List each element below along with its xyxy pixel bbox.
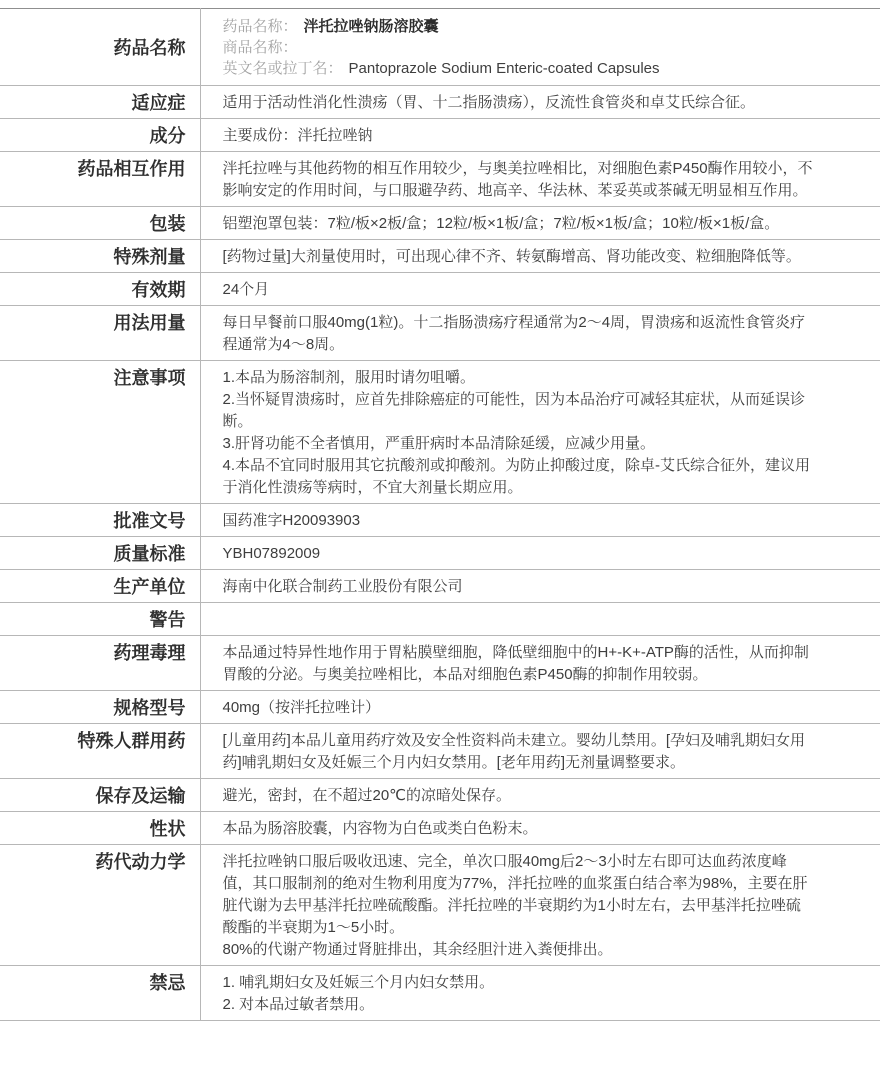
english-name-line: 英文名或拉丁名：Pantoprazole Sodium Enteric-coat… <box>223 58 815 79</box>
row-label: 成分 <box>0 119 200 152</box>
row-content: 铝塑泡罩包装：7粒/板×2板/盒；12粒/板×1板/盒；7粒/板×1板/盒；10… <box>200 207 880 240</box>
row-content: 1. 哺乳期妇女及妊娠三个月内妇女禁用。 2. 对本品过敏者禁用。 <box>200 966 880 1021</box>
row-label: 性状 <box>0 812 200 845</box>
row-content: 海南中化联合制药工业股份有限公司 <box>200 570 880 603</box>
drug-info-table: 药品名称 药品名称：泮托拉唑钠肠溶胶囊 商品名称： 英文名或拉丁名：Pantop… <box>0 8 880 1021</box>
row-label: 警告 <box>0 603 200 636</box>
trade-name-line: 商品名称： <box>223 37 815 58</box>
row-content <box>200 603 880 636</box>
row-content: [儿童用药]本品儿童用药疗效及安全性资料尚未建立。婴幼儿禁用。[孕妇及哺乳期妇女… <box>200 724 880 779</box>
row-label: 特殊人群用药 <box>0 724 200 779</box>
table-row: 警告 <box>0 603 880 636</box>
table-row: 药代动力学 泮托拉唑钠口服后吸收迅速、完全，单次口服40mg后2～3小时左右即可… <box>0 845 880 966</box>
row-label: 生产单位 <box>0 570 200 603</box>
row-content: 泮托拉唑钠口服后吸收迅速、完全，单次口服40mg后2～3小时左右即可达血药浓度峰… <box>200 845 880 966</box>
row-content: 每日早餐前口服40mg(1粒)。十二指肠溃疡疗程通常为2～4周，胃溃疡和返流性食… <box>200 306 880 361</box>
field-value: Pantoprazole Sodium Enteric-coated Capsu… <box>349 60 660 77</box>
table-row: 有效期 24个月 <box>0 273 880 306</box>
row-content: 本品通过特异性地作用于胃粘膜壁细胞，降低壁细胞中的H+-K+-ATP酶的活性，从… <box>200 636 880 691</box>
row-label: 禁忌 <box>0 966 200 1021</box>
row-label: 质量标准 <box>0 537 200 570</box>
table-row: 质量标准 YBH07892009 <box>0 537 880 570</box>
row-content: [药物过量]大剂量使用时，可出现心律不齐、转氨酶增高、肾功能改变、粒细胞降低等。 <box>200 240 880 273</box>
row-label: 药品名称 <box>0 9 200 86</box>
table-row: 保存及运输 避光，密封，在不超过20℃的凉暗处保存。 <box>0 779 880 812</box>
row-label: 规格型号 <box>0 691 200 724</box>
table-row: 禁忌 1. 哺乳期妇女及妊娠三个月内妇女禁用。 2. 对本品过敏者禁用。 <box>0 966 880 1021</box>
table-row: 适应症 适用于活动性消化性溃疡（胃、十二指肠溃疡），反流性食管炎和卓艾氏综合征。 <box>0 86 880 119</box>
row-content: 避光，密封，在不超过20℃的凉暗处保存。 <box>200 779 880 812</box>
table-row: 包装 铝塑泡罩包装：7粒/板×2板/盒；12粒/板×1板/盒；7粒/板×1板/盒… <box>0 207 880 240</box>
row-label: 注意事项 <box>0 361 200 504</box>
row-content: 主要成份：泮托拉唑钠 <box>200 119 880 152</box>
row-label: 特殊剂量 <box>0 240 200 273</box>
table-row: 注意事项 1.本品为肠溶制剂，服用时请勿咀嚼。 2.当怀疑胃溃疡时，应首先排除癌… <box>0 361 880 504</box>
table-row-drug-name: 药品名称 药品名称：泮托拉唑钠肠溶胶囊 商品名称： 英文名或拉丁名：Pantop… <box>0 9 880 86</box>
drug-info-sheet: 药品名称 药品名称：泮托拉唑钠肠溶胶囊 商品名称： 英文名或拉丁名：Pantop… <box>0 0 880 1021</box>
table-row: 特殊人群用药 [儿童用药]本品儿童用药疗效及安全性资料尚未建立。婴幼儿禁用。[孕… <box>0 724 880 779</box>
field-value: 泮托拉唑钠肠溶胶囊 <box>304 18 439 35</box>
row-content: 40mg（按泮托拉唑计） <box>200 691 880 724</box>
table-row: 成分 主要成份：泮托拉唑钠 <box>0 119 880 152</box>
row-content: 适用于活动性消化性溃疡（胃、十二指肠溃疡），反流性食管炎和卓艾氏综合征。 <box>200 86 880 119</box>
row-label: 适应症 <box>0 86 200 119</box>
table-row: 用法用量 每日早餐前口服40mg(1粒)。十二指肠溃疡疗程通常为2～4周，胃溃疡… <box>0 306 880 361</box>
table-row: 特殊剂量 [药物过量]大剂量使用时，可出现心律不齐、转氨酶增高、肾功能改变、粒细… <box>0 240 880 273</box>
table-row: 药品相互作用 泮托拉唑与其他药物的相互作用较少，与奥美拉唑相比，对细胞色素P45… <box>0 152 880 207</box>
field-prefix: 药品名称： <box>223 18 298 35</box>
table-row: 性状 本品为肠溶胶囊，内容物为白色或类白色粉末。 <box>0 812 880 845</box>
row-content: 国药准字H20093903 <box>200 504 880 537</box>
row-label: 包装 <box>0 207 200 240</box>
row-label: 药代动力学 <box>0 845 200 966</box>
row-label: 批准文号 <box>0 504 200 537</box>
row-content: 本品为肠溶胶囊，内容物为白色或类白色粉末。 <box>200 812 880 845</box>
row-content: 泮托拉唑与其他药物的相互作用较少，与奥美拉唑相比，对细胞色素P450酶作用较小，… <box>200 152 880 207</box>
row-label: 药理毒理 <box>0 636 200 691</box>
row-content: 药品名称：泮托拉唑钠肠溶胶囊 商品名称： 英文名或拉丁名：Pantoprazol… <box>200 9 880 86</box>
row-content: YBH07892009 <box>200 537 880 570</box>
table-row: 规格型号 40mg（按泮托拉唑计） <box>0 691 880 724</box>
row-label: 保存及运输 <box>0 779 200 812</box>
row-content: 1.本品为肠溶制剂，服用时请勿咀嚼。 2.当怀疑胃溃疡时，应首先排除癌症的可能性… <box>200 361 880 504</box>
field-prefix: 商品名称： <box>223 39 298 56</box>
row-content: 24个月 <box>200 273 880 306</box>
row-label: 用法用量 <box>0 306 200 361</box>
table-row: 药理毒理 本品通过特异性地作用于胃粘膜壁细胞，降低壁细胞中的H+-K+-ATP酶… <box>0 636 880 691</box>
row-label: 药品相互作用 <box>0 152 200 207</box>
drug-name-line: 药品名称：泮托拉唑钠肠溶胶囊 <box>223 16 815 37</box>
row-label: 有效期 <box>0 273 200 306</box>
table-row: 生产单位 海南中化联合制药工业股份有限公司 <box>0 570 880 603</box>
table-row: 批准文号 国药准字H20093903 <box>0 504 880 537</box>
field-prefix: 英文名或拉丁名： <box>223 60 343 77</box>
